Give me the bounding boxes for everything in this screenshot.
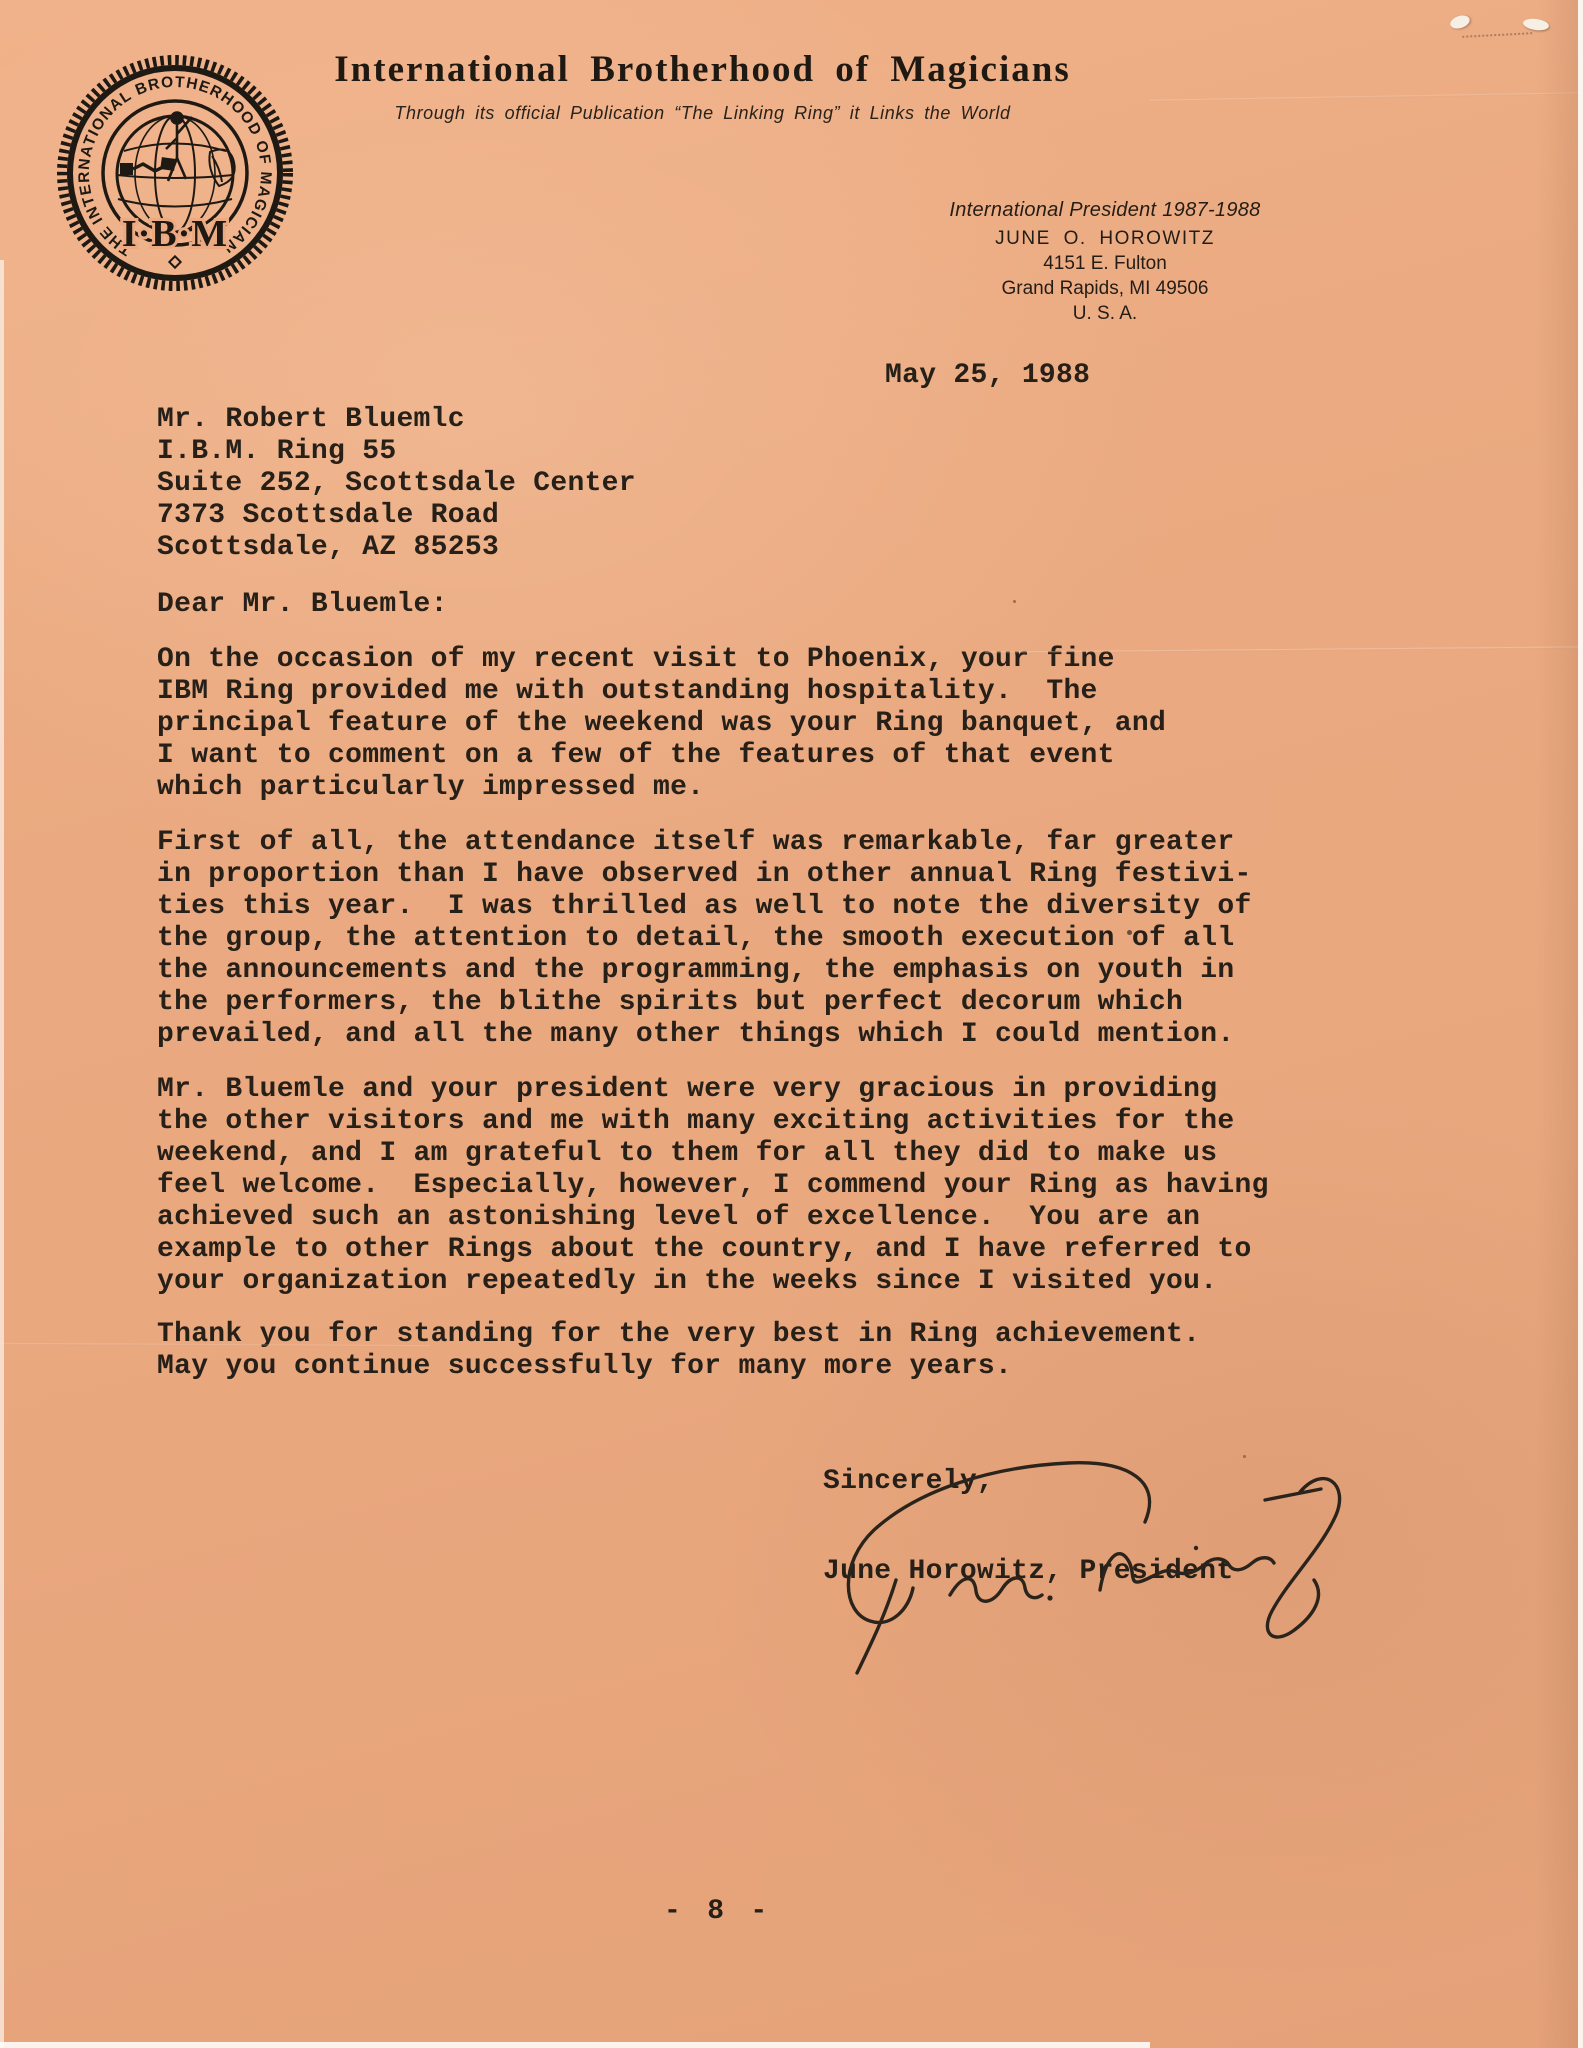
scan-edge (1578, 0, 1583, 2048)
body-paragraph-2: First of all, the attendance itself was … (157, 827, 1252, 1051)
typed-signature-line: June Horowitz, President (823, 1556, 1233, 1588)
page-number: - 8 - (664, 1896, 768, 1928)
paper-crease (1150, 92, 1583, 102)
president-country: U. S. A. (910, 301, 1300, 326)
president-address-block: International President 1987-1988 JUNE O… (910, 198, 1300, 326)
body-paragraph-4: Thank you for standing for the very best… (157, 1319, 1200, 1383)
scanned-letter-page: THE INTERNATIONAL BROTHERHOOD OF MAGICIA… (0, 0, 1583, 2048)
seal-monogram: I·B·M (122, 213, 228, 255)
organization-title: International Brotherhood of Magicians (160, 48, 1245, 91)
recipient-address-block: Mr. Robert Bluemlc I.B.M. Ring 55 Suite … (157, 404, 636, 564)
handshake-icon (120, 157, 176, 175)
scan-edge (0, 260, 4, 2048)
seal-diamond (169, 256, 180, 267)
scan-speck (1243, 1455, 1246, 1458)
president-name: JUNE O. HOROWITZ (910, 226, 1300, 251)
closing-line: Sincerely, (823, 1466, 994, 1498)
salutation: Dear Mr. Bluemle: (157, 589, 448, 621)
organization-tagline: Through its official Publication “The Li… (160, 103, 1245, 124)
president-street: 4151 E. Fulton (910, 251, 1300, 276)
body-paragraph-3: Mr. Bluemle and your president were very… (157, 1074, 1269, 1298)
scan-edge-shadow (1536, 0, 1578, 2048)
body-paragraph-1: On the occasion of my recent visit to Ph… (157, 644, 1166, 804)
scan-speck (1127, 930, 1132, 935)
faint-pencil-mark (1462, 24, 1532, 38)
scan-speck (1013, 600, 1016, 603)
scan-edge (0, 2042, 1150, 2048)
president-city: Grand Rapids, MI 49506 (910, 276, 1300, 301)
letter-date: May 25, 1988 (885, 360, 1090, 392)
president-title-line: International President 1987-1988 (910, 198, 1300, 223)
